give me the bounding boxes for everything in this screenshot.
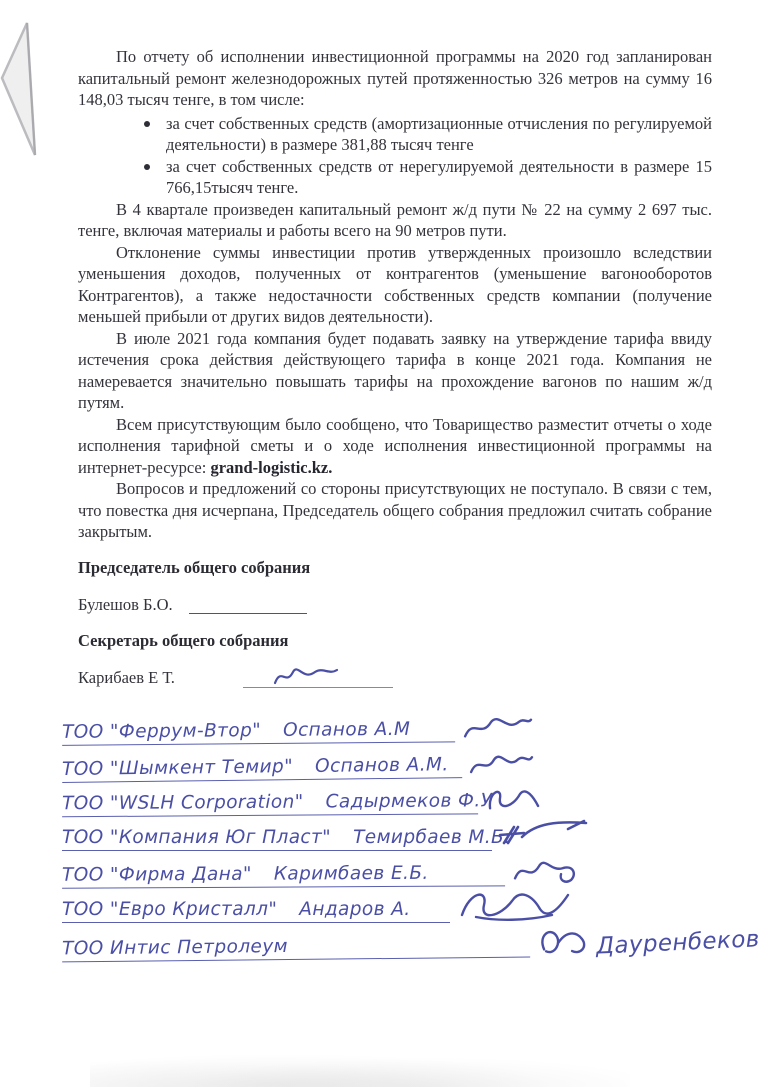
attendee-signature-line: ТОО "Компания Юг Пласт"Темирбаев М.Б.	[62, 827, 492, 851]
signature-flourish-icon	[511, 855, 581, 885]
secretary-name: Карибаев Е Т.	[78, 667, 175, 689]
signature-flourish-icon	[484, 783, 542, 813]
attendee-signature-line: ТОО Интис Петролеум	[62, 933, 530, 962]
attendee-signature-line: ТОО "Фирма Дана"Каримбаев Е.Б.	[62, 862, 505, 888]
website-address: grand-logistic.kz.	[210, 458, 332, 477]
list-item-unregulated-funds: за счет собственных средств от нерегулир…	[78, 156, 712, 199]
paragraph-meeting-closed: Вопросов и предложений со стороны присут…	[78, 478, 712, 543]
secretary-signature-line	[243, 683, 393, 688]
attendee-org: ТОО "Шымкент Темир"	[62, 756, 293, 780]
attendee-signature-line: ТОО "Евро Кристалл"Андаров А.	[62, 899, 450, 923]
attendee-org: ТОО Интис Петролеум	[62, 936, 288, 959]
attendee-row: ТОО "Шымкент Темир"Оспанов А.М.	[62, 739, 712, 783]
paragraph-tariff-application: В июле 2021 года компания будет подавать…	[78, 328, 712, 414]
chairman-title: Председатель общего собрания	[78, 557, 712, 579]
attendee-row: ТОО "WSLH Corporation"Садырмеков Ф.У	[62, 776, 712, 817]
chairman-signature-line	[189, 610, 307, 614]
attendee-org: ТОО "Фирма Дана"	[62, 863, 252, 885]
paragraph-investment-report: По отчету об исполнении инвестиционной п…	[78, 46, 712, 111]
chairman-name: Булешов Б.О.	[78, 594, 173, 616]
secretary-signature-mark	[271, 663, 341, 689]
attendee-org: ТОО "Компания Юг Пласт"	[62, 827, 331, 848]
signature-flourish-icon	[456, 887, 574, 923]
attendee-org: ТОО "Евро Кристалл"	[62, 899, 277, 920]
attendee-person: Темирбаев М.Б.	[353, 827, 510, 848]
attendee-row: ТОО "Феррум-Втор"Оспанов А.М	[62, 704, 712, 746]
document-body: По отчету об исполнении инвестиционной п…	[78, 46, 712, 959]
chairman-name-line: Булешов Б.О.	[78, 594, 712, 616]
attendee-signature-line: ТОО "WSLH Corporation"Садырмеков Ф.У	[62, 790, 478, 817]
signature-flourish-icon	[498, 819, 590, 851]
paragraph-investment-deviation: Отклонение суммы инвестиции против утвер…	[78, 242, 712, 328]
signature-flourish-icon	[468, 749, 534, 778]
list-item-regulated-funds: за счет собственных средств (амортизацио…	[78, 113, 712, 156]
attendee-person: Дауренбеков	[596, 926, 761, 959]
funding-sources-list: за счет собственных средств (амортизацио…	[78, 113, 712, 199]
attendee-person: Оспанов А.М.	[315, 754, 449, 777]
paragraph-reports-publication: Всем присутствующим было сообщено, что Т…	[78, 414, 712, 479]
attendee-row: ТОО Интис Петролеум Дауренбеков	[62, 919, 712, 962]
publication-text: Всем присутствующим было сообщено, что Т…	[78, 415, 712, 477]
signature-flourish-icon	[536, 924, 592, 957]
scanned-document-page: По отчету об исполнении инвестиционной п…	[0, 0, 768, 1087]
attendee-person: Каримбаев Е.Б.	[274, 862, 429, 884]
scan-artifact	[90, 1045, 630, 1087]
attendee-row: ТОО "Евро Кристалл"Андаров А.	[62, 887, 712, 923]
paragraph-q4-repair: В 4 квартале произведен капитальный ремо…	[78, 199, 712, 242]
secretary-title: Секретарь общего собрания	[78, 630, 712, 652]
attendee-org: ТОО "Феррум-Втор"	[62, 720, 261, 743]
attendee-row: ТОО "Компания Юг Пласт"Темирбаев М.Б.	[62, 815, 712, 851]
secretary-name-line: Карибаев Е Т.	[78, 667, 712, 689]
attendee-row: ТОО "Фирма Дана"Каримбаев Е.Б.	[62, 849, 712, 888]
attendee-person: Садырмеков Ф.У	[326, 790, 493, 812]
attendee-person: Андаров А.	[299, 899, 410, 920]
attendee-org: ТОО "WSLH Corporation"	[62, 791, 304, 814]
page-corner-fold	[0, 20, 60, 165]
attendee-person: Оспанов А.М	[283, 718, 410, 740]
attendee-signature-block: ТОО "Феррум-Втор"Оспанов А.М ТОО "Шымкен…	[62, 707, 712, 959]
attendee-signature-line: ТОО "Феррум-Втор"Оспанов А.М	[62, 718, 455, 745]
signature-flourish-icon	[461, 713, 533, 742]
